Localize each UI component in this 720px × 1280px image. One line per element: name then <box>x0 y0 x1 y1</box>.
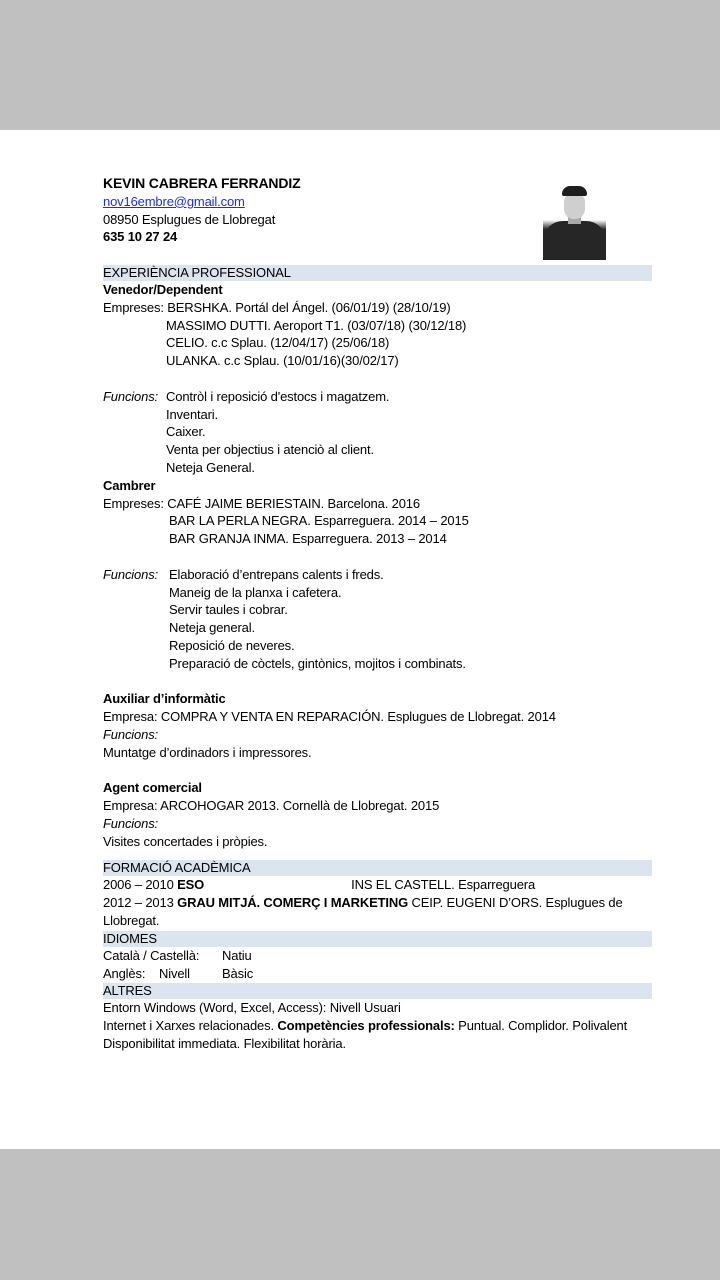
language-name: Català / Castellà: <box>103 947 222 965</box>
company: CAFÉ JAIME BERIESTAIN. Barcelona. 2016 <box>167 496 420 511</box>
bottom-margin <box>0 1149 720 1280</box>
function-item: Caixer. <box>103 423 652 441</box>
function-item: Contròl i reposició d'estocs i magatzem. <box>166 389 389 404</box>
company-line: Empresa: COMPRA Y VENTA EN REPARACIÓN. E… <box>103 708 652 726</box>
companies-label: Empreses: <box>103 496 164 511</box>
companies-label: Empreses: <box>103 300 164 315</box>
section-other-header: ALTRES <box>103 983 652 999</box>
functions-text: Visites concertades i pròpies. <box>103 833 652 851</box>
other-text: Internet i Xarxes relacionades. <box>103 1018 274 1033</box>
function-item: Inventari. <box>103 406 652 424</box>
functions-label: Funcions: <box>103 388 166 406</box>
job-role: Agent comercial <box>103 779 652 797</box>
language-level: Bàsic <box>222 966 253 981</box>
function-item: Venta per objectius i atenciò al client. <box>103 441 652 459</box>
company: CELIO. c.c Splau. (12/04/17) (25/06/18) <box>103 334 652 352</box>
functions-text: Muntatge d’ordinadors i impressores. <box>103 744 652 762</box>
company: MASSIMO DUTTI. Aeroport T1. (03/07/18) (… <box>103 317 652 335</box>
edu-degree: GRAU MITJÁ. COMERÇ I MARKETING <box>177 895 408 910</box>
edu-school-cont: Llobregat. <box>103 912 652 930</box>
resume-page: KEVIN CABRERA FERRANDIZ nov16embre@gmail… <box>0 130 720 1149</box>
function-item: Elaboració d’entrepans calents i freds. <box>169 567 384 582</box>
competences-text: Puntual. Complidor. Polivalent <box>458 1018 627 1033</box>
functions-label: Funcions: <box>103 726 652 744</box>
edu-years: 2006 – 2010 <box>103 877 174 892</box>
language-qualifier: Nivell <box>159 965 222 983</box>
edu-school: CEIP. EUGENI D’ORS. Esplugues de <box>412 895 623 910</box>
function-item: Neteja General. <box>103 459 652 477</box>
email-link[interactable]: nov16embre@gmail.com <box>103 194 245 209</box>
functions-label: Funcions: <box>103 815 652 833</box>
function-item: Maneig de la planxa i cafetera. <box>103 584 652 602</box>
functions-label: Funcions: <box>103 566 169 584</box>
language-name: Anglès: <box>103 965 159 983</box>
job-role: Venedor/Dependent <box>103 281 652 299</box>
section-education-header: FORMACIÓ ACADÈMICA <box>103 860 652 876</box>
function-item: Neteja general. <box>103 619 652 637</box>
edu-degree: ESO <box>177 876 351 894</box>
edu-years: 2012 – 2013 <box>103 895 174 910</box>
address: 08950 Esplugues de Llobregat <box>103 211 652 229</box>
function-item: Servir taules i cobrar. <box>103 601 652 619</box>
resume-content: KEVIN CABRERA FERRANDIZ nov16embre@gmail… <box>103 175 652 1053</box>
company: ULANKA. c.c Splau. (10/01/16)(30/02/17) <box>103 352 652 370</box>
phone: 635 10 27 24 <box>103 228 652 246</box>
top-margin <box>0 0 720 130</box>
section-experience-header: EXPERIÈNCIA PROFESSIONAL <box>103 265 652 281</box>
other-line: Entorn Windows (Word, Excel, Access): Ni… <box>103 999 652 1017</box>
competences-label: Competències professionals: <box>277 1018 454 1033</box>
company-line: Empresa: ARCOHOGAR 2013. Cornellà de Llo… <box>103 797 652 815</box>
language-level: Natiu <box>222 948 252 963</box>
edu-school: INS EL CASTELL. Esparreguera <box>351 877 535 892</box>
function-item: Reposició de neveres. <box>103 637 652 655</box>
job-role: Cambrer <box>103 477 652 495</box>
candidate-name: KEVIN CABRERA FERRANDIZ <box>103 175 652 193</box>
company: BERSHKA. Portál del Ángel. (06/01/19) (2… <box>167 300 450 315</box>
function-item: Preparació de còctels, gintònics, mojito… <box>103 655 652 673</box>
section-languages-header: IDIOMES <box>103 931 652 947</box>
company: BAR LA PERLA NEGRA. Esparreguera. 2014 –… <box>103 512 652 530</box>
company: BAR GRANJA INMA. Esparreguera. 2013 – 20… <box>103 530 652 548</box>
other-line: Disponibilitat immediata. Flexibilitat h… <box>103 1035 652 1053</box>
job-role: Auxiliar d’informàtic <box>103 690 652 708</box>
